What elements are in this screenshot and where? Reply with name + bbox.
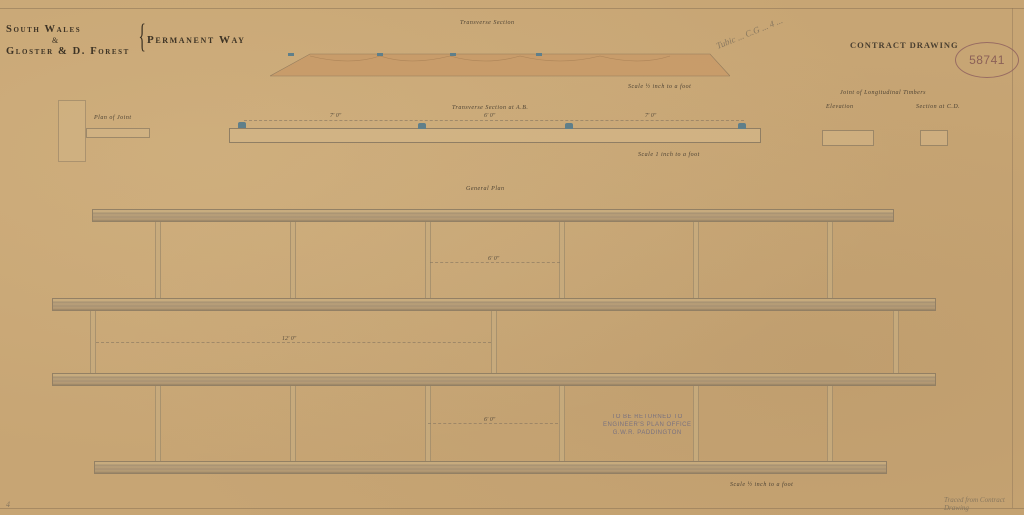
general-plan-dim-line-2 xyxy=(96,342,491,343)
transom xyxy=(559,222,565,298)
section-ab-dim-1: 7' 0" xyxy=(330,113,341,119)
title-brace: { xyxy=(138,20,145,54)
transom xyxy=(693,222,699,298)
general-plan-dim-1: 6' 0" xyxy=(488,256,499,262)
return-to-office-stamp: TO BE RETURNED TO ENGINEER'S PLAN OFFICE… xyxy=(603,413,692,437)
joint-elevation-timber xyxy=(822,130,874,146)
general-plan-label: General Plan xyxy=(466,186,505,192)
joint-section-timber xyxy=(920,130,948,146)
corner-mark: 4 xyxy=(6,500,10,509)
rail-chair-1 xyxy=(238,122,246,128)
top-border-line xyxy=(0,8,1024,9)
title-subject: Permanent Way xyxy=(147,34,246,46)
bottom-border-line xyxy=(0,508,1024,509)
transom xyxy=(893,311,899,373)
section-ab-dim-2: 6' 0" xyxy=(484,113,495,119)
title-ampersand: & xyxy=(52,36,58,45)
joint-longitudinal-label: Joint of Longitudinal Timbers xyxy=(840,90,926,96)
transom xyxy=(491,311,497,373)
plan-of-joint-block xyxy=(58,100,86,162)
transom xyxy=(155,222,161,298)
transverse-section-scale: Scale ½ inch to a foot xyxy=(628,84,691,90)
rail-chair-2 xyxy=(418,123,426,129)
return-stamp-line-2: ENGINEER'S PLAN OFFICE xyxy=(603,421,692,429)
return-stamp-line-3: G.W.R. PADDINGTON xyxy=(603,429,692,437)
contract-drawing-label: Contract Drawing xyxy=(850,40,959,50)
pencil-annotation: Tubic ... C.G ... 4 ... xyxy=(715,15,784,51)
general-plan-dim-line-1 xyxy=(430,262,560,263)
joint-section-label: Section at C.D. xyxy=(916,104,960,110)
general-plan-dim-2: 12' 0" xyxy=(282,336,296,342)
title-line-2: Gloster & D. Forest xyxy=(6,46,130,57)
rail-4 xyxy=(94,461,887,474)
embankment-section-drawing xyxy=(270,48,730,80)
rail-chair-3 xyxy=(565,123,573,129)
transom xyxy=(155,386,161,461)
rail-chair-4 xyxy=(738,123,746,129)
transom xyxy=(693,386,699,461)
section-ab-dim-3: 7' 0" xyxy=(645,113,656,119)
drawing-sheet: South Wales & Gloster & D. Forest { Perm… xyxy=(0,0,1024,515)
joint-elevation-label: Elevation xyxy=(826,104,854,110)
transom xyxy=(425,222,431,298)
transom xyxy=(559,386,565,461)
transom xyxy=(827,386,833,461)
transverse-section-label: Transverse Section xyxy=(460,20,515,26)
rail-2 xyxy=(52,298,936,311)
transom xyxy=(290,222,296,298)
archive-number: 58741 xyxy=(969,53,1005,67)
transom xyxy=(827,222,833,298)
general-plan-dim-line-3 xyxy=(428,423,558,424)
section-ab-dim-line xyxy=(244,120,744,121)
return-stamp-line-1: TO BE RETURNED TO xyxy=(603,413,692,421)
right-border-line xyxy=(1012,8,1013,508)
rail-3 xyxy=(52,373,936,386)
traced-signature-note: Traced from Contract Drawing xyxy=(944,496,1024,512)
transom xyxy=(290,386,296,461)
section-ab-timber xyxy=(229,128,761,143)
title-line-1: South Wales xyxy=(6,24,81,35)
general-plan-dim-3: 6' 0" xyxy=(484,417,495,423)
plan-of-joint-timber xyxy=(86,128,150,138)
archive-number-stamp: 58741 xyxy=(955,42,1019,78)
plan-of-joint-label: Plan of Joint xyxy=(94,115,132,121)
section-ab-scale: Scale 1 inch to a foot xyxy=(638,152,700,158)
general-plan-scale: Scale ½ inch to a foot xyxy=(730,482,793,488)
section-ab-label: Transverse Section at A.B. xyxy=(452,105,528,111)
rail-1 xyxy=(92,209,894,222)
